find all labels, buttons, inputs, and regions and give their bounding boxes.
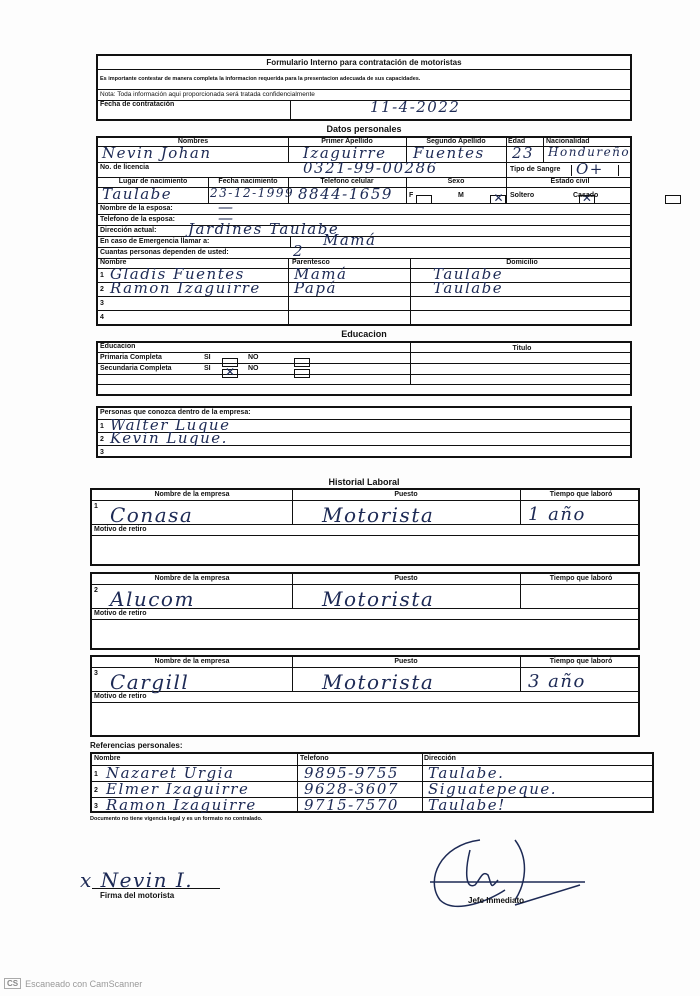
field-lugar-nacimiento[interactable]: Taulabe	[102, 185, 172, 203]
form-header: Formulario Interno para contratación de …	[96, 54, 632, 121]
checkbox-casado[interactable]	[665, 195, 681, 204]
label-dependientes: Cuantas personas dependen de usted:	[100, 249, 229, 256]
field-dependientes[interactable]: 2	[293, 242, 304, 260]
known-person-row: 2 Kevin Luque.	[98, 433, 630, 446]
field-tipo-sangre[interactable]: O+	[576, 160, 604, 178]
dependent-relationship-field[interactable]: Papá	[294, 279, 337, 297]
driver-signature-label: Firma del motorista	[100, 891, 174, 900]
job-header-motivo: Motivo de retiro	[94, 610, 147, 617]
dependent-name-field[interactable]: Ramon Izaguirre	[110, 279, 261, 297]
field-licencia[interactable]: 0321-99-00286	[303, 159, 438, 177]
label-sexo-f: F	[409, 192, 413, 199]
dependent-row-number: 3	[100, 300, 104, 307]
job-header-tiempo: Tiempo que laboró	[520, 658, 642, 665]
dependent-row: 4	[98, 311, 630, 325]
checkbox-sexo-m[interactable]	[490, 195, 506, 204]
education-row: Primaria Completa SI NO	[98, 353, 630, 364]
job-reason-field[interactable]	[96, 538, 634, 564]
field-nacionalidad[interactable]: Hondureño	[548, 145, 630, 159]
boss-signature-label: Jefe Inmediato	[468, 896, 524, 905]
field-emergencia[interactable]: Mamá	[323, 231, 376, 249]
hire-date-label: Fecha de contratación	[100, 101, 174, 108]
label-direccion: Dirección actual:	[100, 227, 156, 234]
job-duration-field[interactable]: 3 año	[528, 671, 586, 692]
label-nacionalidad: Nacionalidad	[546, 138, 590, 145]
ref-header-direccion: Dirección	[424, 755, 456, 762]
personal-data-table: Nombres Primer Apellido Segundo Apellido…	[96, 136, 632, 326]
job-number: 1	[94, 503, 98, 510]
checkbox-sexo-f[interactable]	[416, 195, 432, 204]
field-direccion[interactable]: Jardines Taulabe	[188, 220, 339, 238]
education-row: Secundaria Completa SI NO	[98, 364, 630, 375]
job-entry: Nombre de la empresa Puesto Tiempo que l…	[90, 655, 640, 737]
dependent-row-number: 4	[100, 314, 104, 321]
label-fecha-nacimiento: Fecha nacimiento	[208, 178, 288, 185]
label-estado-civil: Estado civil	[506, 178, 634, 185]
camscanner-logo-icon: CS	[4, 978, 21, 989]
job-entry: Nombre de la empresa Puesto Tiempo que l…	[90, 488, 640, 566]
dependent-row-number: 1	[100, 272, 104, 279]
scanner-watermark: CS Escaneado con CamScanner	[4, 978, 142, 989]
reference-number: 1	[94, 771, 98, 778]
field-edad[interactable]: 23	[512, 144, 534, 162]
dependent-row-number: 2	[100, 286, 104, 293]
job-header-tiempo: Tiempo que laboró	[520, 575, 642, 582]
field-nombres[interactable]: Nevin Johan	[102, 144, 212, 162]
label-lugar-nacimiento: Lugar de nacimiento	[98, 178, 208, 185]
section-work-title: Historial Laboral	[96, 477, 632, 487]
si-label: SI	[204, 365, 211, 372]
section-education-title: Educacion	[96, 329, 632, 339]
known-person-number: 2	[100, 436, 104, 443]
label-tipo-sangre: Tipo de Sangre	[510, 166, 560, 173]
dependent-address-field[interactable]: Taulabe	[433, 279, 503, 297]
scanner-text: Escaneado con CamScanner	[25, 979, 142, 989]
edu-titulo-header: Titulo	[410, 345, 634, 352]
job-reason-field[interactable]	[96, 622, 634, 648]
job-position-field[interactable]: Motorista	[322, 587, 434, 611]
known-person-number: 1	[100, 423, 104, 430]
job-header-puesto: Puesto	[292, 491, 520, 498]
label-emergencia: En caso de Emergencia llamar a:	[100, 238, 209, 245]
job-duration-field[interactable]: 1 año	[528, 504, 586, 525]
ref-header-nombre: Nombre	[94, 755, 120, 762]
job-company-field[interactable]: Conasa	[110, 503, 193, 527]
label-casado: Casado	[573, 192, 598, 199]
label-sexo: Sexo	[406, 178, 506, 185]
section-personal-title: Datos personales	[96, 124, 632, 134]
field-telefono[interactable]: 8844-1659	[298, 185, 393, 203]
label-sexo-m: M	[458, 192, 464, 199]
no-label: NO	[248, 365, 259, 372]
job-header-empresa: Nombre de la empresa	[92, 491, 292, 498]
job-position-field[interactable]: Motorista	[322, 670, 434, 694]
label-telefono: Telefono celular	[288, 178, 406, 185]
edu-header: Educacion	[100, 343, 135, 350]
known-people-title: Personas que conozca dentro de la empres…	[100, 409, 251, 416]
confidential-note: Nota: Toda información aqui proporcionad…	[98, 90, 630, 101]
reference-row: 3 Ramon Izaguirre 9715-7570 Taulabe!	[92, 798, 652, 814]
dependents-table: Nombre Parentesco Domicilio 1 Gladis Fue…	[98, 259, 630, 326]
known-person-row: 3	[98, 446, 630, 459]
job-company-field[interactable]: Alucom	[110, 587, 195, 611]
references-title: Referencias personales:	[90, 741, 183, 750]
education-level-label: Secundaria Completa	[100, 365, 172, 372]
education-row-extra	[98, 375, 630, 385]
job-header-empresa: Nombre de la empresa	[92, 658, 292, 665]
ref-header-telefono: Telefono	[300, 755, 329, 762]
no-label: NO	[248, 354, 259, 361]
job-number: 2	[94, 587, 98, 594]
reference-number: 2	[94, 787, 98, 794]
job-company-field[interactable]: Cargill	[110, 670, 189, 694]
instruction-text: Es importante contestar de manera comple…	[98, 70, 630, 90]
hire-date-field[interactable]: 11-4-2022	[370, 98, 460, 116]
label-licencia: No. de licencia	[100, 164, 149, 171]
education-level-label: Primaria Completa	[100, 354, 162, 361]
known-person-number: 3	[100, 449, 104, 456]
job-header-tiempo: Tiempo que laboró	[520, 491, 642, 498]
known-people-table: Personas que conozca dentro de la empres…	[96, 406, 632, 458]
disclaimer: Documento no tiene vigencia legal y es u…	[90, 816, 262, 822]
label-soltero: Soltero	[510, 192, 534, 199]
reference-address-field[interactable]: Taulabe!	[428, 796, 506, 814]
job-header-empresa: Nombre de la empresa	[92, 575, 292, 582]
job-position-field[interactable]: Motorista	[322, 503, 434, 527]
job-header-puesto: Puesto	[292, 575, 520, 582]
label-esposa-telefono: Telefono de la esposa:	[100, 216, 175, 223]
label-esposa-nombre: Nombre de la esposa:	[100, 205, 173, 212]
reference-number: 3	[94, 803, 98, 810]
known-person-field[interactable]: Kevin Luque.	[110, 429, 228, 447]
form-title: Formulario Interno para contratación de …	[98, 56, 630, 70]
job-header-motivo: Motivo de retiro	[94, 693, 147, 700]
dependent-row: 2 Ramon Izaguirre Papá Taulabe	[98, 283, 630, 297]
reference-phone-field[interactable]: 9715-7570	[304, 796, 399, 814]
references-table: Nombre Telefono Dirección 1 Nazaret Urgi…	[90, 752, 654, 813]
form-title-text: Formulario Interno para contratación de …	[266, 58, 461, 67]
job-header-puesto: Puesto	[292, 658, 520, 665]
dependent-row: 3	[98, 297, 630, 311]
reference-name-field[interactable]: Ramon Izaguirre	[106, 796, 257, 814]
job-reason-field[interactable]	[96, 705, 634, 731]
job-number: 3	[94, 670, 98, 677]
job-entry: Nombre de la empresa Puesto Tiempo que l…	[90, 572, 640, 650]
si-label: SI	[204, 354, 211, 361]
education-table: Educacion Titulo Primaria Completa SI NO…	[96, 341, 632, 396]
job-header-motivo: Motivo de retiro	[94, 526, 147, 533]
